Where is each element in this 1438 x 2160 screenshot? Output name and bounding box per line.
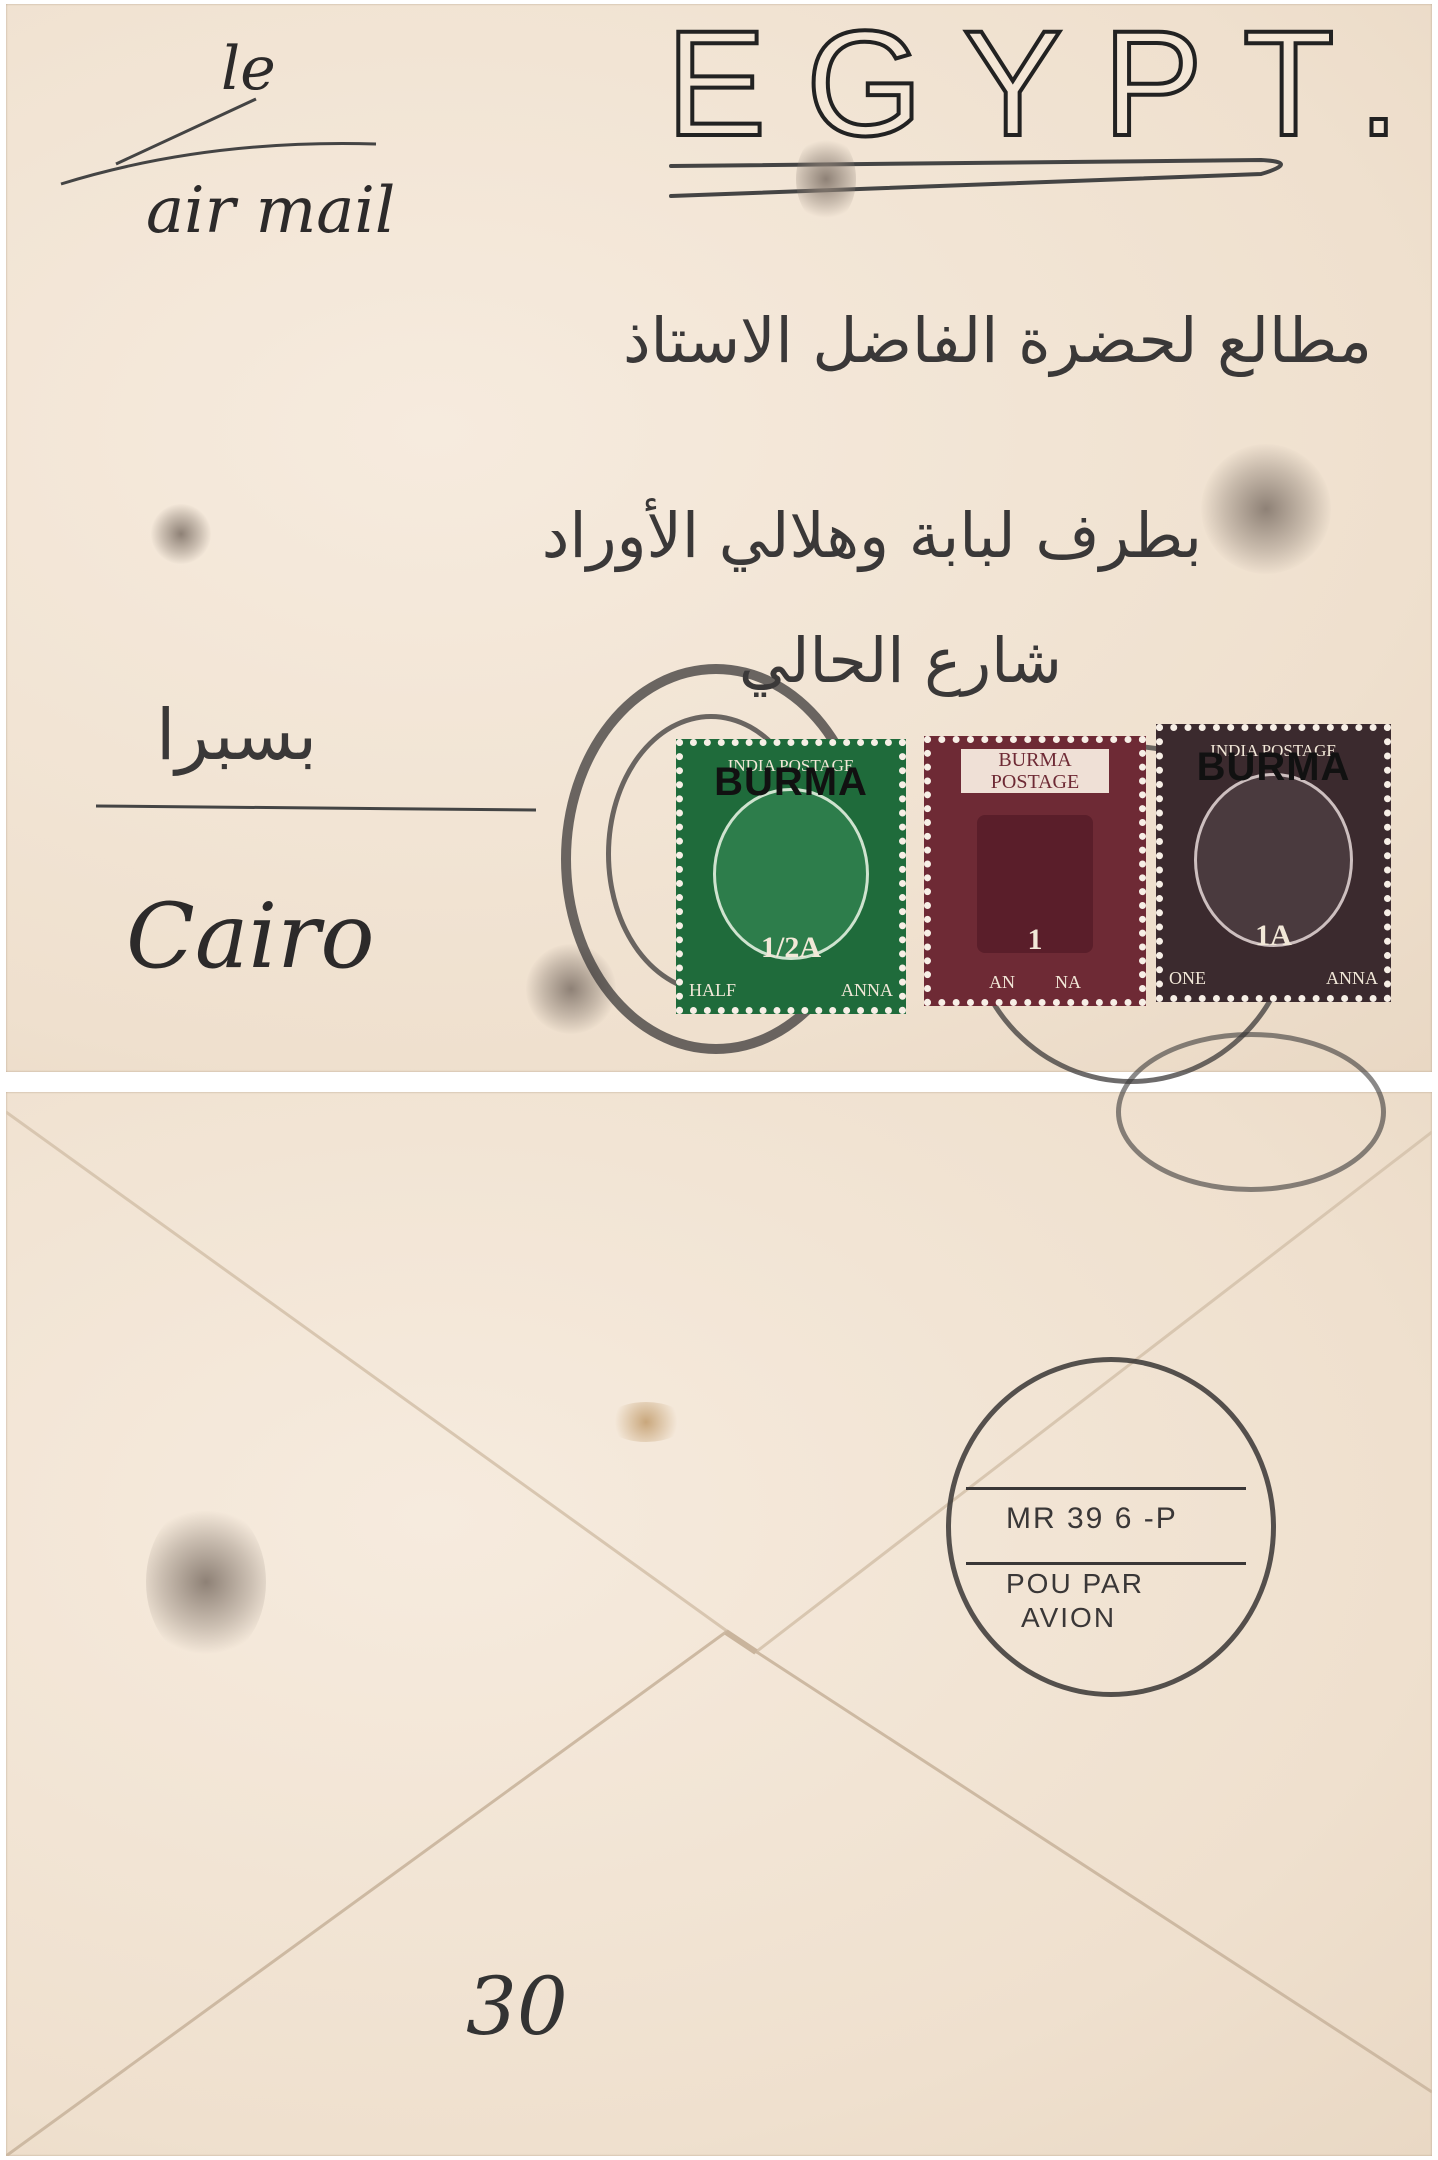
stamp-half-anna: INDIA POSTAGE BURMA 1/2A HALFANNA [676, 739, 906, 1014]
address-strokes [86, 784, 556, 884]
stamp-bottom-text: HALFANNA [689, 980, 893, 1001]
stamp-value: 1 [931, 923, 1139, 957]
stamp-overprint: BURMA [1171, 745, 1376, 790]
envelope-front: le air mail EGYPT. مطالع لحضرة الفاضل ال… [6, 4, 1432, 1072]
ink-smudge [796, 134, 856, 224]
postmark-divider [966, 1487, 1246, 1490]
address-line-4: بسبرا [156, 694, 317, 776]
postmark-date: MR 39 6 -P [1006, 1502, 1178, 1536]
stamp-overprint: BURMA [691, 760, 891, 805]
ink-smudge [146, 1502, 266, 1662]
city: Cairo [126, 884, 375, 989]
ink-smudge [151, 504, 211, 564]
address-line-2: بطرف لبابة وهلالي الأوراد [542, 499, 1202, 572]
stamp-value: 1/2A [683, 931, 899, 965]
stamp-bottom-text: ANNA [937, 972, 1133, 993]
ink-smudge [1201, 444, 1331, 574]
stamp-top-text: BURMA POSTAGE [961, 749, 1109, 793]
postmark-divider [966, 1562, 1246, 1565]
postmark-line1: POU PAR [1006, 1568, 1144, 1600]
destination-country: EGYPT. [666, 8, 1438, 158]
pencil-number: 30 [466, 1960, 568, 2053]
service-note: air mail [146, 174, 395, 248]
stain [606, 1402, 686, 1442]
stamp-value: 1A [1163, 919, 1384, 953]
stamp-one-anna-burma: BURMA POSTAGE 1 ANNA [924, 736, 1146, 1006]
stamp-one-anna: INDIA POSTAGE BURMA 1A ONEANNA [1156, 724, 1391, 1002]
envelope-back: MR 39 6 -P POU PAR AVION [6, 1092, 1432, 2156]
destination-underline [661, 154, 1301, 214]
address-line-1: مطالع لحضرة الفاضل الاستاذ [623, 304, 1372, 377]
stamp-bottom-text: ONEANNA [1169, 968, 1378, 989]
postmark-front-bleed [1116, 1032, 1386, 1192]
postmark-line2: AVION [1021, 1602, 1116, 1634]
